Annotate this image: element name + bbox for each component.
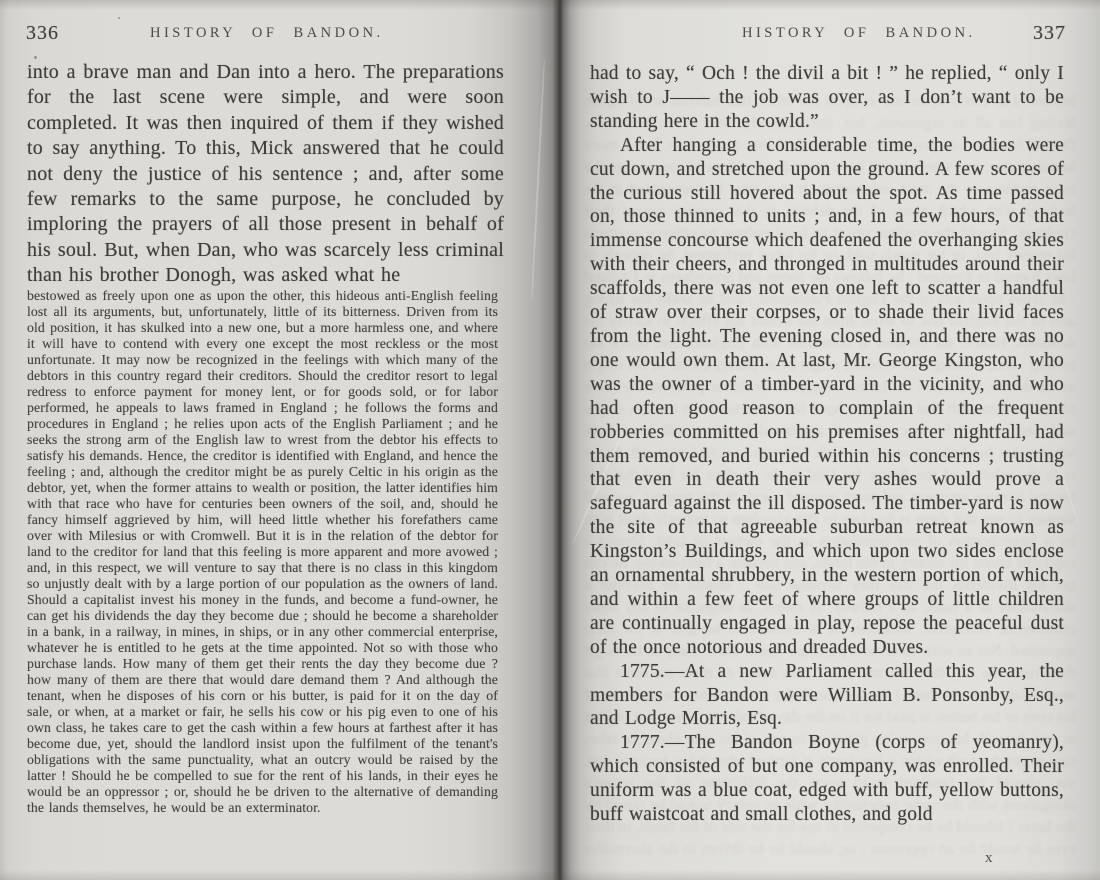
running-header-left: HISTORY OF BANDON. bbox=[150, 25, 384, 42]
paragraph-after-hanging: After hanging a considerable time, the b… bbox=[590, 134, 1064, 660]
running-header-right: HISTORY OF BANDON. bbox=[742, 25, 976, 42]
printers-signature-mark: x bbox=[985, 850, 993, 867]
right-page-body: had to say, “ Och ! the divil a bit ! ” … bbox=[590, 62, 1064, 827]
left-page-body-text: into a brave man and Dan into a hero. Th… bbox=[27, 60, 504, 289]
left-page-header: 336 HISTORY OF BANDON. bbox=[0, 20, 560, 50]
right-page: bestowed as freely upon one as upon the … bbox=[560, 0, 1100, 880]
left-page-footnote: bestowed as freely upon one as upon the … bbox=[27, 288, 498, 816]
book-spread: 336 HISTORY OF BANDON. into a brave man … bbox=[0, 0, 1100, 880]
paragraph-1775: 1775.—At a new Parliament called this ye… bbox=[590, 660, 1064, 732]
paragraph-continuation: had to say, “ Och ! the divil a bit ! ” … bbox=[590, 62, 1064, 134]
page-number-left: 336 bbox=[26, 22, 59, 45]
right-page-header: HISTORY OF BANDON. 337 bbox=[560, 20, 1100, 50]
paragraph-1777: 1777.—The Bandon Boyne (corps of yeomanr… bbox=[590, 731, 1064, 827]
page-number-right: 337 bbox=[1033, 22, 1066, 45]
left-page: 336 HISTORY OF BANDON. into a brave man … bbox=[0, 0, 560, 880]
